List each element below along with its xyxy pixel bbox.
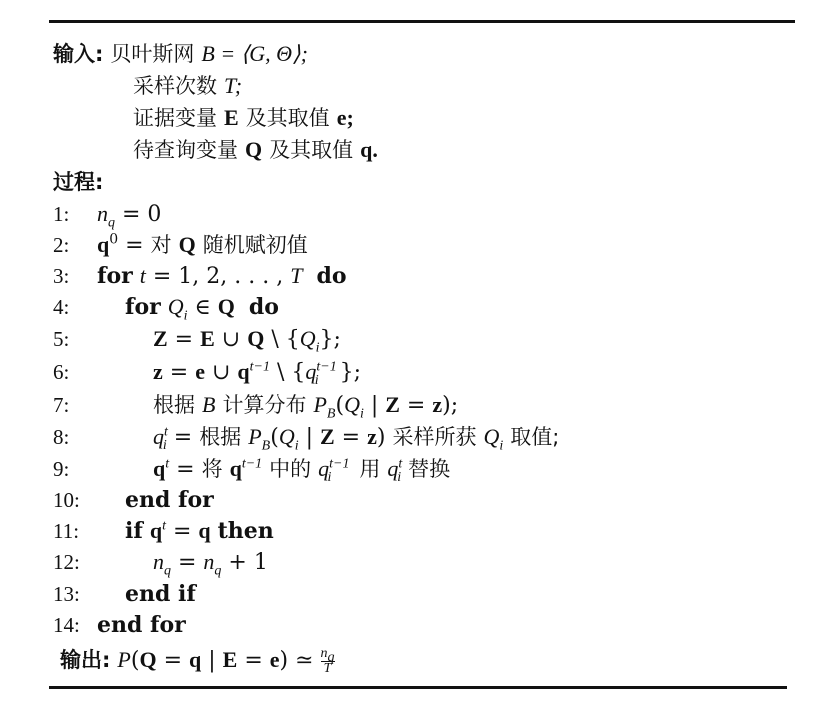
line-number: 5: xyxy=(53,325,69,353)
keyword-for: for xyxy=(125,294,161,320)
input-line-1: 输入: 贝叶斯网 B = ⟨G, Θ⟩; xyxy=(53,40,308,69)
input-1-math: B = ⟨G, Θ⟩; xyxy=(201,41,308,66)
keyword-end-for: end for xyxy=(125,486,214,514)
zh-text: 根据 xyxy=(153,393,195,417)
zh-text: 随机赋初值 xyxy=(203,233,308,257)
input-line-3: 证据变量 E 及其取值 e; xyxy=(133,104,354,133)
zh-text: 采样所获 xyxy=(392,425,476,449)
line-number: 10: xyxy=(53,486,80,514)
line-number: 2: xyxy=(53,231,69,259)
input-4-val: q. xyxy=(360,137,378,162)
keyword-if: if xyxy=(125,518,143,544)
keyword-do: do xyxy=(249,294,279,320)
zh-text: 替换 xyxy=(408,457,450,481)
input-line-4: 待查询变量 Q 及其取值 q. xyxy=(133,136,378,165)
line-number: 11: xyxy=(53,517,79,545)
input-1-zh: 贝叶斯网 xyxy=(110,42,194,66)
line-number: 6: xyxy=(53,358,69,386)
zh-text: 取值; xyxy=(510,425,559,449)
input-2-zh: 采样次数 xyxy=(133,74,217,98)
keyword-for: for xyxy=(97,263,133,289)
line-number: 8: xyxy=(53,423,69,451)
input-2-math: T; xyxy=(224,73,242,98)
process-label: 过程: xyxy=(53,168,103,197)
zh-text: 用 xyxy=(359,457,380,481)
zh-text: 将 xyxy=(202,457,223,481)
input-3-var: E xyxy=(224,105,239,130)
bottom-rule xyxy=(49,686,787,689)
keyword-end-if: end if xyxy=(125,580,196,608)
zh-text: 中的 xyxy=(269,457,311,481)
keyword-do: do xyxy=(316,263,346,289)
top-rule xyxy=(49,20,795,23)
input-line-2: 采样次数 T; xyxy=(133,72,242,101)
line-number: 1: xyxy=(53,200,69,228)
input-3-zh: 证据变量 xyxy=(133,106,217,130)
line-number: 7: xyxy=(53,391,69,419)
fraction-nq-over-T: nqT xyxy=(321,647,335,676)
input-4-zh: 待查询变量 xyxy=(133,138,238,162)
line-number: 13: xyxy=(53,580,80,608)
input-3-zh2: 及其取值 xyxy=(246,106,330,130)
keyword-end-for: end for xyxy=(97,611,186,639)
line-number: 12: xyxy=(53,548,80,576)
process-label-text: 过程: xyxy=(53,170,103,194)
keyword-then: then xyxy=(218,518,274,544)
line-number: 4: xyxy=(53,293,69,321)
line-number: 3: xyxy=(53,262,69,290)
output-line: 输出: P(Q = q | E = e) ≃ nqT xyxy=(60,646,335,676)
input-label: 输入: xyxy=(53,42,103,66)
zh-text: 对 xyxy=(151,233,172,257)
input-4-var: Q xyxy=(245,137,262,162)
input-4-zh2: 及其取值 xyxy=(269,138,353,162)
zh-text: 计算分布 xyxy=(222,393,306,417)
zh-text: 根据 xyxy=(199,425,241,449)
line-number: 14: xyxy=(53,611,80,639)
line-number: 9: xyxy=(53,455,69,483)
input-3-val: e; xyxy=(337,105,354,130)
output-label: 输出: xyxy=(60,648,110,672)
